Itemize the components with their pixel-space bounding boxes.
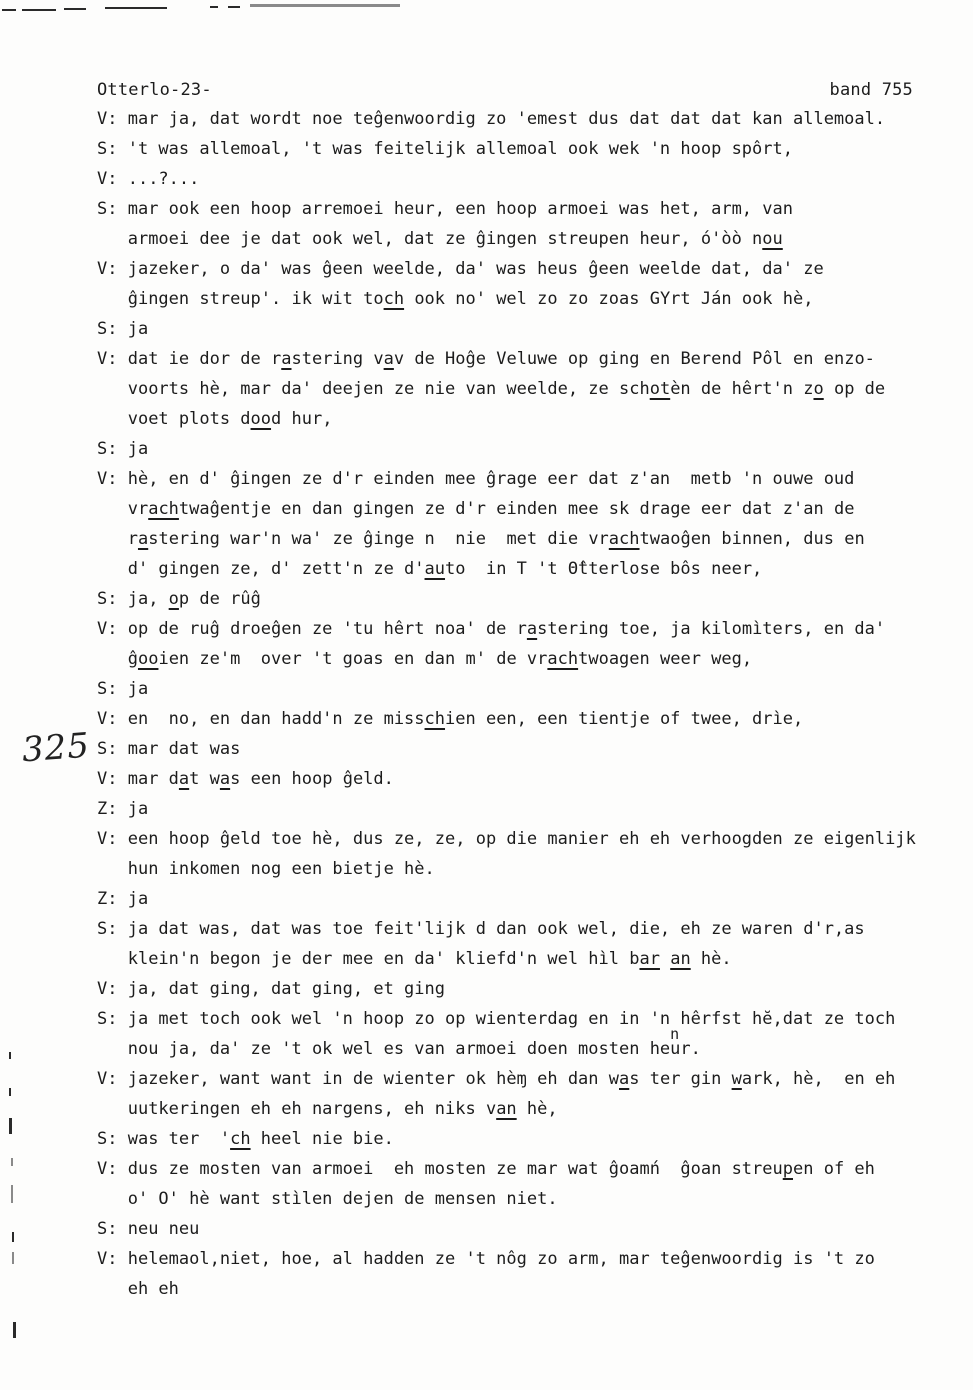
dialogue-segment: eh eh <box>128 1279 179 1299</box>
dialogue-segment: neu neu <box>128 1219 200 1239</box>
speaker-label: S: <box>97 199 128 219</box>
speaker-label: S: <box>97 919 128 939</box>
document-title: Otterlo-23- <box>97 80 212 104</box>
speaker-label <box>97 499 128 519</box>
speaker-label <box>97 289 128 309</box>
dialogue-segment: stering v <box>292 349 384 369</box>
dialogue-segment: ien een, een tientje of twee, drìe, <box>445 709 803 729</box>
speaker-label: V: <box>97 619 128 639</box>
dialogue-segment: ja dat was, dat was toe feit'lijk d dan … <box>128 919 865 939</box>
speaker-label <box>97 859 128 879</box>
transcript-line: V: helemaol,niet, hoe, al hadden ze 't n… <box>97 1244 957 1274</box>
dialogue-segment: hè, <box>517 1099 558 1119</box>
speaker-label: V: <box>97 349 128 369</box>
dialogue-segment: op de <box>824 379 885 399</box>
speaker-label: S: <box>97 1219 128 1239</box>
dialogue-segment: an <box>670 949 690 969</box>
speaker-label: V: <box>97 769 128 789</box>
dialogue-segment: mar ook een hoop arremoei heur, een hoop… <box>128 199 793 219</box>
transcript-line: vrachtwaĝentje en dan gingen ze d'r eind… <box>97 494 957 524</box>
transcript-line: V: mar ja, dat wordt noe teĝenwoordig zo… <box>97 104 957 134</box>
dialogue-segment: p de rûĝ <box>179 589 261 609</box>
dialogue-segment: twaĝentje en dan gingen ze d'r einden me… <box>179 499 855 519</box>
dialogue-segment: ĝingen streup'. ik wit to <box>128 289 384 309</box>
transcript-line: V: ja, dat ging, dat ging, et ging <box>97 974 957 1004</box>
dialogue-segment: mar d <box>128 769 179 789</box>
speaker-label <box>97 379 128 399</box>
speaker-label <box>97 1279 128 1299</box>
transcript-line: ĝingen streup'. ik wit toch ook no' wel … <box>97 284 957 314</box>
dialogue-segment: oo <box>138 649 158 669</box>
transcript-line: V: jazeker, o da' was ĝeen weelde, da' w… <box>97 254 957 284</box>
dialogue-segment: een hoop ĝeld toe hè, dus ze, ze, op die… <box>128 829 916 849</box>
speaker-label: V: <box>97 829 128 849</box>
scan-artifact <box>12 1232 14 1242</box>
transcript-line: V: en no, en dan hadd'n ze misschien een… <box>97 704 957 734</box>
scan-artifact <box>11 1185 13 1203</box>
scan-artifact <box>9 1088 11 1096</box>
dialogue-segment: 't was allemoal, 't was feitelijk allemo… <box>128 139 793 159</box>
scan-artifact <box>13 1322 16 1338</box>
transcript-line: voet plots dood hur, <box>97 404 957 434</box>
transcript-line: S: 't was allemoal, 't was feitelijk all… <box>97 134 957 164</box>
speaker-label: Z: <box>97 889 128 909</box>
dialogue-segment: op de ruĝ droeĝen ze 'tu hêrt noa' de r <box>128 619 527 639</box>
dialogue-segment <box>660 949 670 969</box>
scanned-document-page: Otterlo-23- band 755 325 V: mar ja, dat … <box>0 0 973 1390</box>
dialogue-segment: d hur, <box>271 409 332 429</box>
dialogue-segment: ja, dat ging, dat ging, et ging <box>128 979 445 999</box>
dialogue-segment: ja <box>128 799 148 819</box>
speaker-label <box>97 649 128 669</box>
dialogue-segment: ar <box>639 949 659 969</box>
dialogue-segment: ook no' wel zo zo zoas GYrt Ján ook hè, <box>404 289 813 309</box>
dialogue-segment: ja met toch ook wel 'n hoop zo op wiente… <box>128 1009 670 1029</box>
scan-artifact <box>11 1158 13 1166</box>
dialogue-segment: s ter gin <box>629 1069 731 1089</box>
dialogue-segment: ch <box>384 289 404 309</box>
transcript-line: d' gingen ze, d' zett'n ze d'auto in T '… <box>97 554 957 584</box>
dialogue-segment: twoagen weer weg, <box>578 649 752 669</box>
dialogue-segment: stering war'n wa' ze ĝinge n nie met die… <box>148 529 609 549</box>
dialogue-segment: heel nie bie. <box>251 1129 394 1149</box>
speaker-label: V: <box>97 979 128 999</box>
speaker-label: V: <box>97 709 128 729</box>
dialogue-segment: p <box>783 1159 793 1179</box>
dialogue-segment: en of eh <box>793 1159 875 1179</box>
transcript-line: S: ja <box>97 314 957 344</box>
speaker-label: S: <box>97 1009 128 1029</box>
dialogue-segment: oo <box>251 409 271 429</box>
dialogue-segment: a <box>179 769 189 789</box>
dialogue-segment: ja, <box>128 589 169 609</box>
dialogue-segment: a <box>384 349 394 369</box>
speaker-label: S: <box>97 439 128 459</box>
transcript-line: klein'n begon je der mee en da' kliefd'n… <box>97 944 957 974</box>
dialogue-segment: mar ja, dat wordt noe teĝenwoordig zo 'e… <box>128 109 885 129</box>
dialogue-segment: a <box>138 529 148 549</box>
transcript-line: hun inkomen nog een bietje hè. <box>97 854 957 884</box>
dialogue-segment: mar dat was <box>128 739 241 759</box>
dialogue-segment: nou ja, da' ze 't ok wel es van armoei d… <box>128 1039 701 1059</box>
dialogue-segment: dat ie dor de r <box>128 349 282 369</box>
dialogue-segment: w <box>732 1069 742 1089</box>
transcript-line: S: ja dat was, dat was toe feit'lijk d d… <box>97 914 957 944</box>
transcript-line: V: hè, en d' ĝingen ze d'r einden mee ĝr… <box>97 464 957 494</box>
dialogue-segment: en no, en dan hadd'n ze miss <box>128 709 425 729</box>
dialogue-segment: stering toe, ja kilomìters, en da' <box>537 619 885 639</box>
transcript-line: S: ja <box>97 434 957 464</box>
dialogue-segment: èn de hêrt'n z <box>670 379 813 399</box>
transcript-line: V: op de ruĝ droeĝen ze 'tu hêrt noa' de… <box>97 614 957 644</box>
handwritten-margin-note: 325 <box>21 726 92 771</box>
dialogue-segment: ach <box>148 499 179 519</box>
dialogue-segment: jazeker, o da' was ĝeen weelde, da' was … <box>128 259 824 279</box>
speaker-label <box>97 229 128 249</box>
transcript-line: V: ...?... <box>97 164 957 194</box>
dialogue-segment: voet plots d <box>128 409 251 429</box>
transcript-line: V: een hoop ĝeld toe hè, dus ze, ze, op … <box>97 824 957 854</box>
speaker-label <box>97 1099 128 1119</box>
scan-artifact <box>228 6 240 8</box>
dialogue-segment: helemaol,niet, hoe, al hadden ze 't nôg … <box>128 1249 875 1269</box>
transcript-line: eh eh <box>97 1274 957 1304</box>
dialogue-segment: r <box>128 529 138 549</box>
dialogue-segment: ch <box>425 709 445 729</box>
dialogue-segment: a <box>220 769 230 789</box>
transcript-line: V: mar dat was een hoop ĝeld. <box>97 764 957 794</box>
scan-artifact <box>64 8 86 10</box>
transcript-line: Z: ja <box>97 884 957 914</box>
dialogue-segment: ch <box>230 1129 250 1149</box>
scan-artifact <box>9 1052 11 1059</box>
speaker-label <box>97 1039 128 1059</box>
speaker-label <box>97 559 128 579</box>
dialogue-segment: jazeker, want want in de wienter ok hèɱ … <box>128 1069 619 1089</box>
transcript-line: S: ja met toch ook wel 'n hoop zo op wie… <box>97 1004 957 1034</box>
transcript-line: V: jazeker, want want in de wienter ok h… <box>97 1064 957 1094</box>
speaker-label: S: <box>97 679 128 699</box>
scan-artifact <box>250 4 400 7</box>
scan-artifact <box>12 1252 14 1264</box>
dialogue-segment: ot <box>650 379 670 399</box>
dialogue-segment: o <box>169 589 179 609</box>
transcript-line: S: mar dat was <box>97 734 957 764</box>
transcript-line: S: ja <box>97 674 957 704</box>
dialogue-segment: a <box>281 349 291 369</box>
speaker-label: S: <box>97 589 128 609</box>
transcript-line: S: ja, op de rûĝ <box>97 584 957 614</box>
dialogue-segment: twaoĝen binnen, dus en <box>640 529 865 549</box>
scan-artifact <box>9 1118 12 1134</box>
transcript-line: S: mar ook een hoop arremoei heur, een h… <box>97 194 957 224</box>
speaker-label: S: <box>97 739 128 759</box>
speaker-label <box>97 1189 128 1209</box>
speaker-label: V: <box>97 1159 128 1179</box>
transcript: V: mar ja, dat wordt noe teĝenwoordig zo… <box>97 104 957 1304</box>
transcript-line: voorts hè, mar da' deejen ze nie van wee… <box>97 374 957 404</box>
transcript-line: armoei dee je dat ook wel, dat ze ĝingen… <box>97 224 957 254</box>
band-number: band 755 <box>830 80 913 104</box>
dialogue-segment: an <box>496 1099 516 1119</box>
speaker-label: V: <box>97 1069 128 1089</box>
transcript-line: V: dus ze mosten van armoei eh mosten ze… <box>97 1154 957 1184</box>
dialogue-segment: d' gingen ze, d' zett'n ze d' <box>128 559 425 579</box>
dialogue-segment: klein'n begon je der mee en da' kliefd'n… <box>128 949 640 969</box>
speaker-label: V: <box>97 1249 128 1269</box>
speaker-label: S: <box>97 1129 128 1149</box>
transcript-line: nou ja, da' ze 't ok wel es van armoei d… <box>97 1034 957 1064</box>
speaker-label: V: <box>97 169 128 189</box>
scan-artifact <box>105 7 167 9</box>
scan-artifact <box>22 9 56 11</box>
speaker-label <box>97 409 128 429</box>
speaker-label <box>97 529 128 549</box>
dialogue-segment: ou <box>762 229 782 249</box>
dialogue-segment: t w <box>189 769 220 789</box>
transcript-line: S: neu neu <box>97 1214 957 1244</box>
dialogue-segment: armoei dee je dat ook wel, dat ze ĝingen… <box>128 229 763 249</box>
dialogue-segment: ark, hè, en eh <box>742 1069 896 1089</box>
dialogue-segment: dus ze mosten van armoei eh mosten ze ma… <box>128 1159 783 1179</box>
dialogue-segment: ...?... <box>128 169 200 189</box>
dialogue-segment: vr <box>128 499 148 519</box>
dialogue-segment: hè. <box>691 949 732 969</box>
scan-artifact <box>210 6 218 8</box>
dialogue-segment: uutkeringen eh eh nargens, eh niks v <box>128 1099 496 1119</box>
dialogue-segment: a <box>527 619 537 639</box>
header: Otterlo-23- band 755 <box>97 80 913 104</box>
dialogue-segment: v de Hoĝe Veluwe op ging en Berend Pôl e… <box>394 349 875 369</box>
dialogue-segment: ien ze'm over 't goas en dan m' de vr <box>158 649 547 669</box>
dialogue-segment: s een hoop ĝeld. <box>230 769 394 789</box>
dialogue-segment: hun inkomen nog een bietje hè. <box>128 859 435 879</box>
speaker-label <box>97 949 128 969</box>
dialogue-segment: ach <box>547 649 578 669</box>
dialogue-segment: was ter ' <box>128 1129 230 1149</box>
transcript-line: ĝooien ze'm over 't goas en dan m' de vr… <box>97 644 957 674</box>
speaker-label: Z: <box>97 799 128 819</box>
dialogue-segment: a <box>619 1069 629 1089</box>
speaker-label: S: <box>97 319 128 339</box>
dialogue-segment: ĝ <box>128 649 138 669</box>
dialogue-segment: o' O' hè want stìlen dejen de mensen nie… <box>128 1189 558 1209</box>
dialogue-segment: ach <box>609 529 640 549</box>
speaker-label: V: <box>97 259 128 279</box>
dialogue-segment: o <box>813 379 823 399</box>
dialogue-segment: ja <box>128 889 148 909</box>
transcript-line: o' O' hè want stìlen dejen de mensen nie… <box>97 1184 957 1214</box>
dialogue-segment: hè, en d' ĝingen ze d'r einden mee ĝrage… <box>128 469 855 489</box>
dialogue-segment: ja <box>128 319 148 339</box>
transcript-line: rastering war'n wa' ze ĝinge n nie met d… <box>97 524 957 554</box>
speaker-label: V: <box>97 109 128 129</box>
dialogue-segment: hêrfst hĕ,dat ze toch <box>670 1009 895 1029</box>
speaker-label: S: <box>97 139 128 159</box>
dialogue-segment: voorts hè, mar da' deejen ze nie van wee… <box>128 379 650 399</box>
dialogue-segment: to in T 't Θ̂tterlose bôs neer, <box>445 559 762 579</box>
transcript-line: V: dat ie dor de rastering vav de Hoĝe V… <box>97 344 957 374</box>
transcript-line: Z: ja <box>97 794 957 824</box>
transcript-line: S: was ter 'ch heel nie bie. <box>97 1124 957 1154</box>
scan-artifact <box>2 9 16 11</box>
transcript-line: uutkeringen eh eh nargens, eh niks van h… <box>97 1094 957 1124</box>
speaker-label: V: <box>97 469 128 489</box>
dialogue-segment: ja <box>128 439 148 459</box>
dialogue-segment: ja <box>128 679 148 699</box>
dialogue-segment: au <box>425 559 445 579</box>
